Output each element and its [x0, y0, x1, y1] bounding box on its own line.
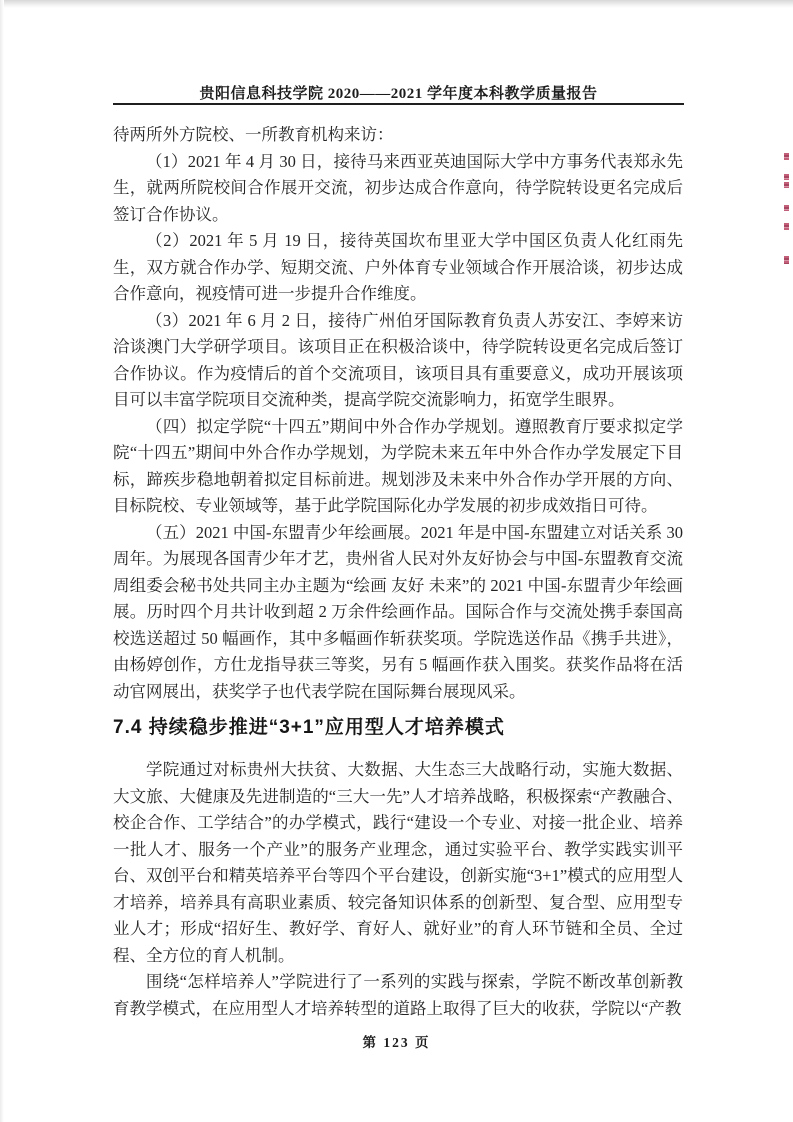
section-paragraph-1: 学院通过对标贵州大扶贫、大数据、大生态三大战略行动，实施大数据、大文旅、大健康及… [113, 757, 683, 969]
paragraph-intro: 待两所外方院校、一所教育机构来访： [113, 122, 683, 149]
paragraph-item-2: （2）2021 年 5 月 19 日，接待英国坎布里亚大学中国区负责人化红雨先生… [113, 228, 683, 308]
paragraph-item-3: （3）2021 年 6 月 2 日，接待广州伯牙国际教育负责人苏安江、李婷来访洽… [113, 308, 683, 414]
page-header-title: 贵阳信息科技学院 2020——2021 学年度本科教学质量报告 [113, 82, 684, 103]
header-rule [113, 103, 684, 105]
paragraph-item-1: （1）2021 年 4 月 30 日，接待马来西亚英迪国际大学中方事务代表郑永先… [113, 149, 683, 229]
section-paragraph-2: 围绕“怎样培养人”学院进行了一系列的实践与探索，学院不断改革创新教育教学模式，在… [113, 969, 683, 1022]
red-edge-mark [784, 205, 789, 211]
scan-edge-left [0, 0, 4, 1122]
scan-edge-top [0, 0, 793, 8]
page-number: 第 123 页 [0, 1031, 793, 1051]
paragraph-item-4: （四）拟定学院“十四五”期间中外合作办学规划。遵照教育厅要求拟定学院“十四五”期… [113, 414, 683, 520]
red-edge-mark [784, 153, 789, 160]
paragraph-item-5: （五）2021 中国-东盟青少年绘画展。2021 年是中国-东盟建立对话关系 3… [113, 520, 683, 706]
red-edge-mark [784, 174, 789, 180]
red-edge-mark [784, 256, 789, 264]
document-page: 贵阳信息科技学院 2020——2021 学年度本科教学质量报告 待两所外方院校、… [0, 0, 793, 1122]
document-body: 待两所外方院校、一所教育机构来访： （1）2021 年 4 月 30 日，接待马… [113, 122, 683, 1022]
red-edge-mark [784, 223, 789, 230]
red-edge-mark [784, 182, 789, 188]
section-heading-7-4: 7.4 持续稳步推进“3+1”应用型人才培养模式 [113, 715, 683, 741]
